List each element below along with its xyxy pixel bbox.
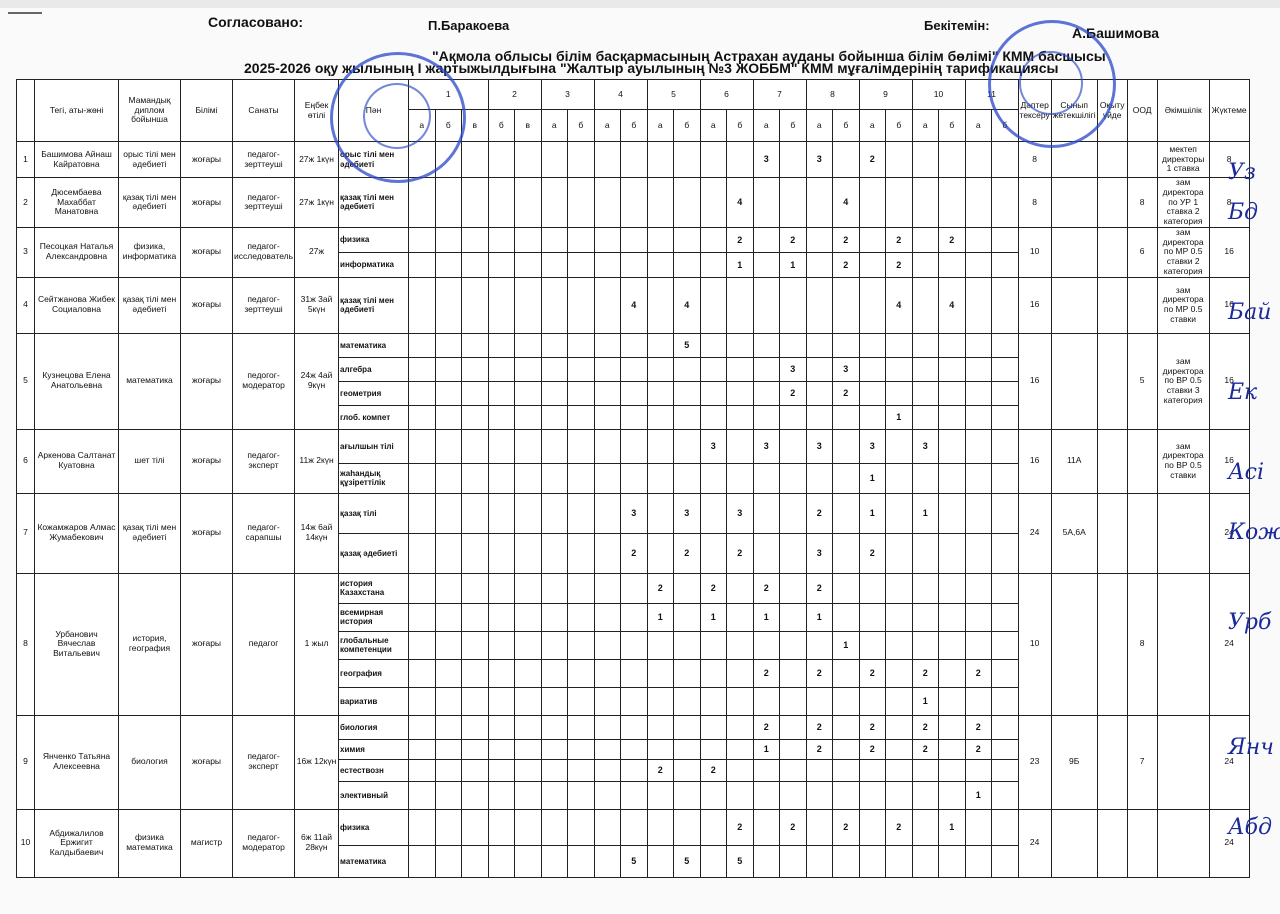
hours-cell: 5 bbox=[727, 845, 754, 877]
hours-cell bbox=[435, 759, 462, 781]
hours-cell bbox=[488, 573, 515, 603]
hours-cell bbox=[462, 759, 489, 781]
hours-cell bbox=[435, 277, 462, 333]
teacher-name: Янченко Татьяна Алексеевна bbox=[35, 715, 119, 809]
hours-cell bbox=[992, 809, 1019, 845]
hours-cell: 2 bbox=[965, 739, 992, 759]
row-number: 8 bbox=[17, 573, 35, 715]
hours-cell bbox=[515, 493, 542, 533]
ood-hours bbox=[1127, 277, 1157, 333]
agreed-label: Согласовано: bbox=[208, 14, 303, 30]
hours-cell bbox=[515, 227, 542, 252]
hours-cell bbox=[992, 631, 1019, 659]
hours-cell bbox=[568, 603, 595, 631]
hours-cell bbox=[488, 781, 515, 809]
teacher-name: Урбанович Вячеслав Витальевич bbox=[35, 573, 119, 715]
hours-cell: 3 bbox=[727, 493, 754, 533]
hours-cell bbox=[727, 631, 754, 659]
notebook-check-hours: 8 bbox=[1018, 178, 1051, 228]
ood-hours bbox=[1127, 429, 1157, 493]
diploma-specialty: история, география bbox=[119, 573, 181, 715]
hours-cell: 2 bbox=[833, 381, 860, 405]
subject-name: глоб. компет bbox=[339, 405, 409, 429]
hours-cell bbox=[462, 715, 489, 739]
hours-cell bbox=[992, 463, 1019, 493]
notebook-check-hours: 16 bbox=[1018, 429, 1051, 493]
table-row: 3Песоцкая Наталья Александровнафизика, и… bbox=[17, 227, 1250, 252]
subject-name: история Казахстана bbox=[339, 573, 409, 603]
signature-icon: Асі bbox=[1228, 460, 1264, 485]
class-teacher-value: 5А,6А bbox=[1051, 493, 1097, 573]
hours-cell bbox=[435, 781, 462, 809]
hours-cell bbox=[939, 573, 966, 603]
hours-cell bbox=[912, 357, 939, 381]
hours-cell bbox=[833, 603, 860, 631]
hours-cell bbox=[806, 227, 833, 252]
hours-cell: 1 bbox=[859, 463, 886, 493]
hours-cell bbox=[939, 463, 966, 493]
hours-cell bbox=[965, 142, 992, 178]
hours-cell bbox=[621, 759, 648, 781]
subclass-22: б bbox=[992, 110, 1019, 142]
class-teacher-value: 11А bbox=[1051, 429, 1097, 493]
hours-cell bbox=[621, 573, 648, 603]
hours-cell bbox=[488, 631, 515, 659]
hours-cell bbox=[515, 573, 542, 603]
subject-name: геометрия bbox=[339, 381, 409, 405]
hours-cell bbox=[700, 781, 727, 809]
hours-cell bbox=[515, 252, 542, 277]
hours-cell bbox=[515, 178, 542, 228]
hours-cell: 5 bbox=[674, 333, 701, 357]
col-num bbox=[17, 80, 35, 142]
subclass-9: а bbox=[647, 110, 674, 142]
hours-cell bbox=[700, 631, 727, 659]
col-category: Санаты bbox=[233, 80, 295, 142]
hours-cell bbox=[435, 381, 462, 405]
hours-cell bbox=[621, 405, 648, 429]
home-study-value bbox=[1097, 178, 1127, 228]
teacher-name: Песоцкая Наталья Александровна bbox=[35, 227, 119, 277]
hours-cell bbox=[409, 845, 436, 877]
hours-cell bbox=[886, 142, 913, 178]
hours-cell bbox=[568, 809, 595, 845]
hours-cell bbox=[594, 357, 621, 381]
hours-cell bbox=[462, 381, 489, 405]
hours-cell bbox=[674, 381, 701, 405]
hours-cell bbox=[833, 463, 860, 493]
hours-cell bbox=[621, 429, 648, 463]
hours-cell bbox=[409, 429, 436, 463]
hours-cell bbox=[409, 631, 436, 659]
diploma-specialty: физика математика bbox=[119, 809, 181, 877]
hours-cell bbox=[780, 533, 807, 573]
hours-cell: 2 bbox=[965, 659, 992, 687]
work-experience: 14ж 6ай 14күн bbox=[295, 493, 339, 573]
hours-cell: 2 bbox=[806, 715, 833, 739]
hours-cell bbox=[780, 277, 807, 333]
hours-cell bbox=[992, 493, 1019, 533]
subclass-6: б bbox=[568, 110, 595, 142]
hours-cell bbox=[568, 277, 595, 333]
hours-cell bbox=[674, 687, 701, 715]
hours-cell bbox=[594, 178, 621, 228]
hours-cell bbox=[833, 142, 860, 178]
hours-cell bbox=[939, 603, 966, 631]
hours-cell bbox=[515, 781, 542, 809]
hours-cell bbox=[780, 603, 807, 631]
hours-cell bbox=[409, 333, 436, 357]
hours-cell bbox=[435, 809, 462, 845]
hours-cell bbox=[488, 142, 515, 178]
hours-cell bbox=[727, 463, 754, 493]
signature-icon: Бд bbox=[1228, 200, 1258, 225]
hours-cell bbox=[621, 333, 648, 357]
subclass-1: б bbox=[435, 110, 462, 142]
hours-cell bbox=[700, 333, 727, 357]
hours-cell bbox=[488, 227, 515, 252]
subject-name: география bbox=[339, 659, 409, 687]
hours-cell bbox=[594, 809, 621, 845]
hours-cell bbox=[462, 631, 489, 659]
approve-label: Бекітемін: bbox=[924, 18, 990, 33]
hours-cell bbox=[833, 659, 860, 687]
hours-cell bbox=[647, 142, 674, 178]
subject-name: қазақ тілі мен әдебиеті bbox=[339, 277, 409, 333]
hours-cell bbox=[568, 381, 595, 405]
hours-cell bbox=[753, 357, 780, 381]
hours-cell bbox=[912, 631, 939, 659]
total-load: 24 bbox=[1209, 573, 1249, 715]
education-level: жоғары bbox=[181, 277, 233, 333]
hours-cell bbox=[965, 333, 992, 357]
hours-cell bbox=[594, 227, 621, 252]
hours-cell bbox=[674, 405, 701, 429]
hours-cell bbox=[435, 739, 462, 759]
signature-icon: Кож bbox=[1228, 520, 1280, 545]
hours-cell bbox=[435, 357, 462, 381]
hours-cell bbox=[753, 845, 780, 877]
hours-cell bbox=[435, 659, 462, 687]
hours-cell bbox=[541, 809, 568, 845]
hours-cell bbox=[515, 429, 542, 463]
diploma-specialty: қазақ тілі мен әдебиеті bbox=[119, 178, 181, 228]
hours-cell bbox=[462, 493, 489, 533]
admin-role: зам директора по МР 0.5 ставки 2 категор… bbox=[1157, 227, 1209, 277]
hours-cell bbox=[541, 715, 568, 739]
class-teacher-value bbox=[1051, 573, 1097, 715]
grade-7-header: 7 bbox=[753, 80, 806, 110]
hours-cell bbox=[886, 715, 913, 739]
hours-cell bbox=[674, 252, 701, 277]
hours-cell bbox=[462, 429, 489, 463]
hours-cell bbox=[965, 429, 992, 463]
hours-cell bbox=[594, 759, 621, 781]
hours-cell bbox=[674, 631, 701, 659]
hours-cell: 2 bbox=[753, 659, 780, 687]
total-load: 24 bbox=[1209, 715, 1249, 809]
teacher-category: педагог-зерттеуші bbox=[233, 277, 295, 333]
signature-icon: Уз bbox=[1228, 160, 1256, 185]
ood-hours: 8 bbox=[1127, 573, 1157, 715]
notebook-check-hours: 23 bbox=[1018, 715, 1051, 809]
hours-cell bbox=[568, 573, 595, 603]
hours-cell bbox=[806, 463, 833, 493]
hours-cell: 2 bbox=[912, 739, 939, 759]
hours-cell bbox=[488, 603, 515, 631]
hours-cell bbox=[753, 631, 780, 659]
hours-cell bbox=[833, 533, 860, 573]
hours-cell bbox=[541, 687, 568, 715]
subclass-16: б bbox=[833, 110, 860, 142]
hours-cell bbox=[647, 781, 674, 809]
hours-cell: 2 bbox=[886, 252, 913, 277]
hours-cell bbox=[833, 781, 860, 809]
hours-cell bbox=[886, 659, 913, 687]
hours-cell: 3 bbox=[806, 142, 833, 178]
hours-cell: 1 bbox=[806, 603, 833, 631]
hours-cell bbox=[515, 603, 542, 631]
table-row: 8Урбанович Вячеслав Витальевичистория, г… bbox=[17, 573, 1250, 603]
hours-cell bbox=[965, 759, 992, 781]
hours-cell bbox=[647, 405, 674, 429]
hours-cell bbox=[780, 781, 807, 809]
hours-cell bbox=[700, 809, 727, 845]
hours-cell bbox=[568, 252, 595, 277]
hours-cell bbox=[939, 759, 966, 781]
hours-cell bbox=[939, 381, 966, 405]
hours-cell: 2 bbox=[674, 533, 701, 573]
subject-name: қазақ тілі мен әдебиеті bbox=[339, 178, 409, 228]
hours-cell bbox=[886, 845, 913, 877]
ood-hours bbox=[1127, 142, 1157, 178]
education-level: жоғары bbox=[181, 493, 233, 573]
hours-cell bbox=[965, 573, 992, 603]
col-ood: ООД bbox=[1127, 80, 1157, 142]
tarification-table: Тегі, аты-жөніМамандық диплом бойыншаБіл… bbox=[16, 79, 1250, 878]
hours-cell bbox=[435, 227, 462, 252]
hours-cell bbox=[674, 573, 701, 603]
hours-cell bbox=[488, 463, 515, 493]
hours-cell bbox=[647, 252, 674, 277]
hours-cell bbox=[992, 845, 1019, 877]
hours-cell bbox=[488, 357, 515, 381]
hours-cell bbox=[568, 357, 595, 381]
approve-name: А.Башимова bbox=[1072, 25, 1159, 41]
subject-name: математика bbox=[339, 845, 409, 877]
subclass-7: а bbox=[594, 110, 621, 142]
hours-cell bbox=[647, 739, 674, 759]
ood-hours: 5 bbox=[1127, 333, 1157, 429]
hours-cell bbox=[674, 603, 701, 631]
hours-cell bbox=[727, 357, 754, 381]
hours-cell bbox=[568, 533, 595, 573]
admin-role bbox=[1157, 809, 1209, 877]
hours-cell: 3 bbox=[806, 533, 833, 573]
subclass-0: а bbox=[409, 110, 436, 142]
hours-cell bbox=[409, 687, 436, 715]
diploma-specialty: физика, информатика bbox=[119, 227, 181, 277]
hours-cell bbox=[515, 845, 542, 877]
education-level: жоғары bbox=[181, 178, 233, 228]
hours-cell bbox=[727, 277, 754, 333]
admin-role: зам директора по МР 0.5 ставки bbox=[1157, 277, 1209, 333]
hours-cell bbox=[992, 405, 1019, 429]
hours-cell bbox=[515, 659, 542, 687]
hours-cell bbox=[939, 845, 966, 877]
hours-cell bbox=[965, 463, 992, 493]
hours-cell bbox=[568, 463, 595, 493]
hours-cell bbox=[780, 687, 807, 715]
subclass-14: б bbox=[780, 110, 807, 142]
work-experience: 11ж 2күн bbox=[295, 429, 339, 493]
hours-cell bbox=[700, 463, 727, 493]
hours-cell bbox=[621, 715, 648, 739]
hours-cell bbox=[515, 142, 542, 178]
hours-cell bbox=[541, 405, 568, 429]
row-number: 4 bbox=[17, 277, 35, 333]
ood-hours: 6 bbox=[1127, 227, 1157, 277]
hours-cell bbox=[992, 781, 1019, 809]
teacher-category: педагог-зерттеуші bbox=[233, 178, 295, 228]
hours-cell bbox=[965, 405, 992, 429]
hours-cell bbox=[647, 631, 674, 659]
hours-cell bbox=[992, 533, 1019, 573]
hours-cell bbox=[992, 252, 1019, 277]
hours-cell bbox=[700, 687, 727, 715]
hours-cell bbox=[435, 631, 462, 659]
hours-cell bbox=[462, 687, 489, 715]
signature-icon: Урб bbox=[1228, 610, 1271, 635]
hours-cell bbox=[753, 809, 780, 845]
hours-cell bbox=[674, 759, 701, 781]
hours-cell: 4 bbox=[886, 277, 913, 333]
hours-cell: 1 bbox=[700, 603, 727, 631]
table-row: 4Сейтжанова Жибек Социаловнақазақ тілі м… bbox=[17, 277, 1250, 333]
hours-cell bbox=[647, 333, 674, 357]
hours-cell: 2 bbox=[859, 739, 886, 759]
hours-cell bbox=[621, 603, 648, 631]
hours-cell: 2 bbox=[727, 227, 754, 252]
table-row: 10Абдижалилов Ержигит Калдыбаевичфизика … bbox=[17, 809, 1250, 845]
hours-cell bbox=[515, 739, 542, 759]
hours-cell bbox=[833, 573, 860, 603]
hours-cell bbox=[939, 739, 966, 759]
subclass-15: а bbox=[806, 110, 833, 142]
teacher-category: педогог-модератор bbox=[233, 333, 295, 429]
row-number: 5 bbox=[17, 333, 35, 429]
hours-cell bbox=[541, 603, 568, 631]
hours-cell bbox=[594, 631, 621, 659]
hours-cell bbox=[515, 463, 542, 493]
hours-cell: 1 bbox=[753, 603, 780, 631]
hours-cell bbox=[568, 759, 595, 781]
subject-name: математика bbox=[339, 333, 409, 357]
hours-cell bbox=[859, 381, 886, 405]
hours-cell bbox=[409, 809, 436, 845]
teacher-category: педагог-модератор bbox=[233, 809, 295, 877]
hours-cell bbox=[806, 845, 833, 877]
notebook-check-hours: 24 bbox=[1018, 809, 1051, 877]
col-class-teacher: Сынып жетекшілігі bbox=[1051, 80, 1097, 142]
table-row: 6Аркенова Салтанат Куатовнашет тіліжоғар… bbox=[17, 429, 1250, 463]
hours-cell bbox=[515, 381, 542, 405]
subclass-20: б bbox=[939, 110, 966, 142]
hours-cell bbox=[594, 333, 621, 357]
teacher-name: Кожамжаров Алмас Жумабекович bbox=[35, 493, 119, 573]
hours-cell bbox=[435, 405, 462, 429]
hours-cell bbox=[780, 463, 807, 493]
hours-cell bbox=[462, 603, 489, 631]
notebook-check-hours: 16 bbox=[1018, 333, 1051, 429]
hours-cell bbox=[700, 252, 727, 277]
hours-cell bbox=[409, 357, 436, 381]
hours-cell: 2 bbox=[833, 809, 860, 845]
class-teacher-value bbox=[1051, 142, 1097, 178]
hours-cell bbox=[621, 252, 648, 277]
hours-cell bbox=[753, 493, 780, 533]
teacher-category: педагог-исследователь bbox=[233, 227, 295, 277]
hours-cell: 2 bbox=[700, 759, 727, 781]
hours-cell bbox=[515, 759, 542, 781]
diploma-specialty: қазақ тілі мен әдебиеті bbox=[119, 493, 181, 573]
hours-cell: 1 bbox=[833, 631, 860, 659]
hours-cell: 2 bbox=[886, 809, 913, 845]
hours-cell bbox=[674, 781, 701, 809]
hours-cell bbox=[594, 142, 621, 178]
teacher-name: Абдижалилов Ержигит Калдыбаевич bbox=[35, 809, 119, 877]
hours-cell bbox=[912, 533, 939, 573]
hours-cell bbox=[912, 178, 939, 228]
signature-icon: Ек bbox=[1228, 380, 1257, 405]
subject-name: информатика bbox=[339, 252, 409, 277]
admin-role bbox=[1157, 573, 1209, 715]
hours-cell bbox=[965, 603, 992, 631]
hours-cell bbox=[700, 533, 727, 573]
hours-cell bbox=[541, 573, 568, 603]
hours-cell: 4 bbox=[674, 277, 701, 333]
hours-cell bbox=[753, 227, 780, 252]
hours-cell bbox=[886, 573, 913, 603]
subject-name: всемирная история bbox=[339, 603, 409, 631]
hours-cell bbox=[965, 493, 992, 533]
hours-cell bbox=[515, 357, 542, 381]
hours-cell bbox=[621, 142, 648, 178]
hours-cell bbox=[780, 659, 807, 687]
hours-cell bbox=[568, 493, 595, 533]
admin-role bbox=[1157, 493, 1209, 573]
hours-cell bbox=[435, 333, 462, 357]
hours-cell bbox=[992, 687, 1019, 715]
hours-cell bbox=[621, 781, 648, 809]
hours-cell bbox=[780, 845, 807, 877]
education-level: жоғары bbox=[181, 227, 233, 277]
hours-cell bbox=[647, 493, 674, 533]
subclass-12: б bbox=[727, 110, 754, 142]
hours-cell bbox=[727, 715, 754, 739]
hours-cell bbox=[409, 781, 436, 809]
hours-cell: 3 bbox=[912, 429, 939, 463]
hours-cell bbox=[462, 659, 489, 687]
hours-cell: 3 bbox=[833, 357, 860, 381]
hours-cell bbox=[488, 533, 515, 573]
hours-cell bbox=[409, 715, 436, 739]
agreed-name: П.Баракоева bbox=[428, 18, 509, 33]
hours-cell bbox=[939, 715, 966, 739]
hours-cell bbox=[700, 405, 727, 429]
hours-cell bbox=[886, 739, 913, 759]
grade-5-header: 5 bbox=[647, 80, 700, 110]
